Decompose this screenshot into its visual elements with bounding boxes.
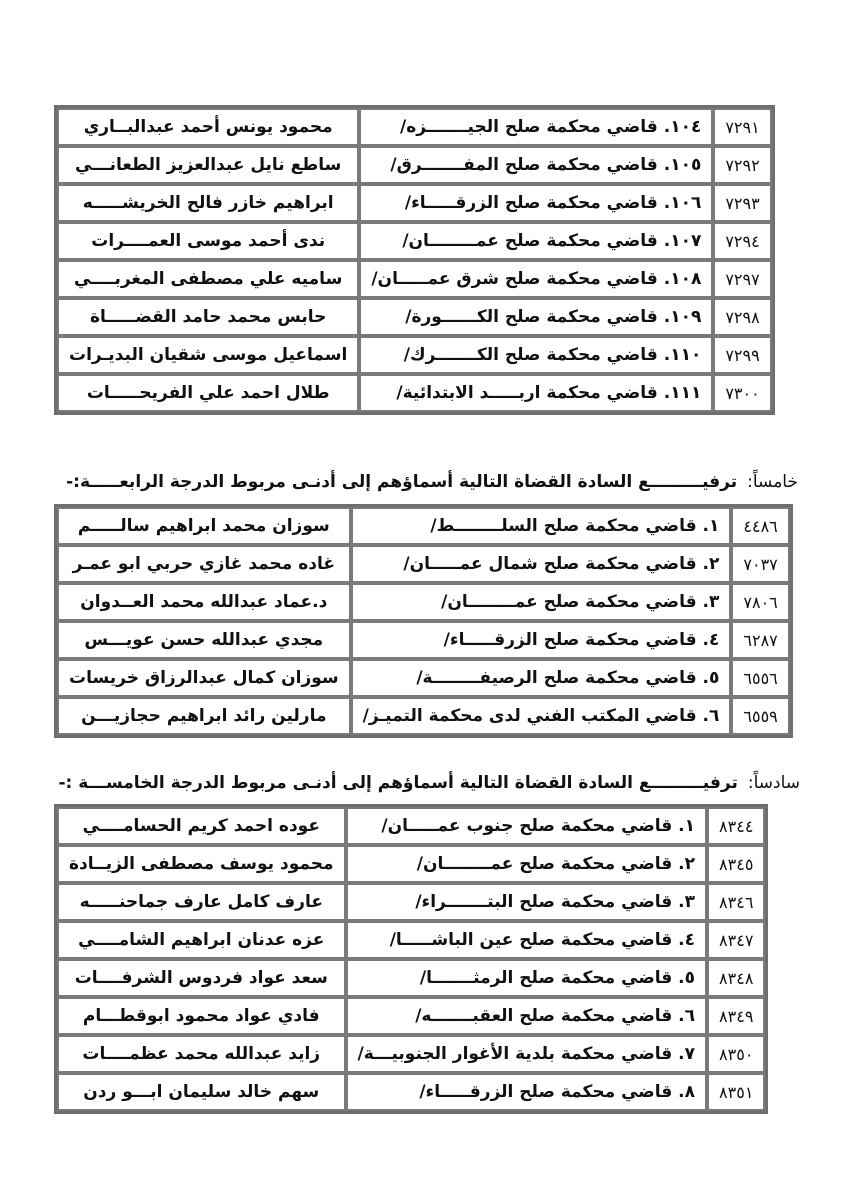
- judge-name: فادي عواد محمود ابوقطـــام: [57, 997, 346, 1035]
- table-row: ٧٢٩٣١٠٦. قاضي محكمة صلح الزرقـــــاء/ابر…: [57, 184, 772, 222]
- court-cell: ٣. قاضي محكمة صلح عمــــــــان/: [351, 583, 732, 621]
- judge-number: ٤٤٨٦: [731, 507, 789, 545]
- judge-number: ٧٣٠٠: [713, 374, 771, 412]
- table-row: ٤٤٨٦١. قاضي محكمة صلح السلــــــــط/سوزا…: [57, 507, 790, 545]
- table-row: ٧٢٩٤١٠٧. قاضي محكمة صلح عمــــــــان/ندى…: [57, 222, 772, 260]
- judge-name: ساميه علي مصطفى المغربــــي: [57, 260, 359, 298]
- judge-number: ٨٣٤٦: [707, 883, 765, 921]
- court-cell: ٢. قاضي محكمة صلح شمال عمـــــان/: [351, 545, 732, 583]
- court-cell: ٣. قاضي محكمة صلح البتـــــــراء/: [346, 883, 708, 921]
- judge-name: سعد عواد فردوس الشرفــــات: [57, 959, 346, 997]
- table-row: ٧٨٠٦٣. قاضي محكمة صلح عمــــــــان/د.عما…: [57, 583, 790, 621]
- court-cell: ٤. قاضي محكمة صلح الزرقـــــاء/: [351, 621, 732, 659]
- section-text: ترفيـــــــــع السادة القضاة التالية أسم…: [58, 773, 737, 793]
- table-row: ٨٣٤٧٤. قاضي محكمة صلح عين الباشـــــا/عز…: [57, 921, 765, 959]
- judge-name: عارف كامل عارف جماحنـــــه: [57, 883, 346, 921]
- section-text: ترفيـــــــــع السادة القضاة التالية أسم…: [66, 472, 737, 492]
- table-row: ٨٣٥١٨. قاضي محكمة صلح الزرقـــــاء/سهم خ…: [57, 1073, 765, 1111]
- judge-name: ندى أحمد موسى العمــــرات: [57, 222, 359, 260]
- judge-number: ٧٢٩١: [713, 108, 771, 146]
- table-row: ٧٢٩٧١٠٨. قاضي محكمة صلح شرق عمـــــان/سا…: [57, 260, 772, 298]
- table-row: ٧٣٠٠١١١. قاضي محكمة اربـــــد الابتدائية…: [57, 374, 772, 412]
- judge-number: ٧٠٣٧: [731, 545, 789, 583]
- judge-number: ٨٣٥٠: [707, 1035, 765, 1073]
- table-row: ٨٣٤٩٦. قاضي محكمة صلح العقبـــــــه/فادي…: [57, 997, 765, 1035]
- judge-name: عوده احمد كريم الحسامــــي: [57, 807, 346, 845]
- judge-number: ٦٥٥٩: [731, 697, 789, 735]
- court-cell: ١٠٤. قاضي محكمة صلح الجيـــــــزه/: [359, 108, 713, 146]
- court-cell: ٦. قاضي المكتب الفني لدى محكمة التميـز/: [351, 697, 732, 735]
- judge-number: ٨٣٤٩: [707, 997, 765, 1035]
- judge-name: غاده محمد غازي حربي ابو عمـر: [57, 545, 351, 583]
- table-row: ٦٢٨٧٤. قاضي محكمة صلح الزرقـــــاء/مجدي …: [57, 621, 790, 659]
- table-row: ٧٢٩٩١١٠. قاضي محكمة صلح الكـــــــرك/اسم…: [57, 336, 772, 374]
- judge-name: مجدي عبدالله حسن عويـــس: [57, 621, 351, 659]
- judge-number: ٧٢٩٧: [713, 260, 771, 298]
- court-cell: ٥. قاضي محكمة صلح الرصيفــــــــة/: [351, 659, 732, 697]
- judge-name: سهم خالد سليمان ابـــو ردن: [57, 1073, 346, 1111]
- judge-name: مارلين رائد ابراهيم حجازيـــن: [57, 697, 351, 735]
- judge-name: اسماعيل موسى شقيان البديـرات: [57, 336, 359, 374]
- court-cell: ١. قاضي محكمة صلح جنوب عمـــــان/: [346, 807, 708, 845]
- court-cell: ١٠٨. قاضي محكمة صلح شرق عمـــــان/: [359, 260, 713, 298]
- table-row: ٦٥٥٦٥. قاضي محكمة صلح الرصيفــــــــة/سو…: [57, 659, 790, 697]
- table-row: ٨٣٥٠٧. قاضي محكمة بلدية الأغوار الجنوبيـ…: [57, 1035, 765, 1073]
- section-heading-fifth: خامساً:ترفيـــــــــع السادة القضاة التا…: [66, 472, 798, 492]
- judge-name: محمود يوسف مصطفى الزيــادة: [57, 845, 346, 883]
- table-row: ٧٢٩٢١٠٥. قاضي محكمة صلح المفـــــــرق/سا…: [57, 146, 772, 184]
- table-row: ٧٢٩٨١٠٩. قاضي محكمة صلح الكــــــورة/حاب…: [57, 298, 772, 336]
- judge-name: ساطع نايل عبدالعزيز الطعانـــي: [57, 146, 359, 184]
- judge-name: سوزان كمال عبدالرزاق خريسات: [57, 659, 351, 697]
- table-row: ٧٢٩١١٠٤. قاضي محكمة صلح الجيـــــــزه/مح…: [57, 108, 772, 146]
- court-cell: ١٠٩. قاضي محكمة صلح الكــــــورة/: [359, 298, 713, 336]
- court-cell: ٦. قاضي محكمة صلح العقبـــــــه/: [346, 997, 708, 1035]
- section-heading-sixth: سادساً:ترفيـــــــــع السادة القضاة التا…: [58, 773, 800, 793]
- judge-number: ٧٢٩٤: [713, 222, 771, 260]
- court-cell: ٤. قاضي محكمة صلح عين الباشـــــا/: [346, 921, 708, 959]
- section-label: سادساً:: [748, 773, 800, 793]
- judges-table-2: ٤٤٨٦١. قاضي محكمة صلح السلــــــــط/سوزا…: [54, 504, 793, 738]
- judge-number: ٨٣٤٤: [707, 807, 765, 845]
- judge-number: ٧٢٩٨: [713, 298, 771, 336]
- judges-table-1: ٧٢٩١١٠٤. قاضي محكمة صلح الجيـــــــزه/مح…: [54, 105, 775, 415]
- judge-name: د.عماد عبدالله محمد العــدوان: [57, 583, 351, 621]
- judge-number: ٨٣٥١: [707, 1073, 765, 1111]
- court-cell: ١١١. قاضي محكمة اربـــــد الابتدائية/: [359, 374, 713, 412]
- court-cell: ١٠٧. قاضي محكمة صلح عمــــــــان/: [359, 222, 713, 260]
- judge-number: ٧٢٩٢: [713, 146, 771, 184]
- table-row: ٨٣٤٦٣. قاضي محكمة صلح البتـــــــراء/عار…: [57, 883, 765, 921]
- table-row: ٨٣٤٤١. قاضي محكمة صلح جنوب عمـــــان/عود…: [57, 807, 765, 845]
- judge-number: ٧٨٠٦: [731, 583, 789, 621]
- court-cell: ٢. قاضي محكمة صلح عمــــــــان/: [346, 845, 708, 883]
- judge-number: ٧٢٩٩: [713, 336, 771, 374]
- court-cell: ٨. قاضي محكمة صلح الزرقـــــاء/: [346, 1073, 708, 1111]
- table-row: ٦٥٥٩٦. قاضي المكتب الفني لدى محكمة التمي…: [57, 697, 790, 735]
- court-cell: ١١٠. قاضي محكمة صلح الكـــــــرك/: [359, 336, 713, 374]
- court-cell: ٥. قاضي محكمة صلح الرمثـــــــا/: [346, 959, 708, 997]
- judge-name: عزه عدنان ابراهيم الشامــــي: [57, 921, 346, 959]
- table-row: ٧٠٣٧٢. قاضي محكمة صلح شمال عمـــــان/غاد…: [57, 545, 790, 583]
- judge-name: حابس محمد حامد القضـــــاة: [57, 298, 359, 336]
- judge-name: سوزان محمد ابراهيم سالـــــم: [57, 507, 351, 545]
- judge-name: محمود يونس أحمد عبدالبــاري: [57, 108, 359, 146]
- judge-number: ٦٢٨٧: [731, 621, 789, 659]
- judges-table-3: ٨٣٤٤١. قاضي محكمة صلح جنوب عمـــــان/عود…: [54, 804, 768, 1114]
- judge-name: طلال احمد علي الفريحـــــات: [57, 374, 359, 412]
- court-cell: ١٠٥. قاضي محكمة صلح المفـــــــرق/: [359, 146, 713, 184]
- judge-number: ٨٣٤٨: [707, 959, 765, 997]
- judge-number: ٨٣٤٥: [707, 845, 765, 883]
- table-row: ٨٣٤٥٢. قاضي محكمة صلح عمــــــــان/محمود…: [57, 845, 765, 883]
- section-label: خامساً:: [747, 472, 798, 492]
- court-cell: ١٠٦. قاضي محكمة صلح الزرقـــــاء/: [359, 184, 713, 222]
- court-cell: ١. قاضي محكمة صلح السلــــــــط/: [351, 507, 732, 545]
- judge-number: ٦٥٥٦: [731, 659, 789, 697]
- court-cell: ٧. قاضي محكمة بلدية الأغوار الجنوبيـــة/: [346, 1035, 708, 1073]
- judge-number: ٨٣٤٧: [707, 921, 765, 959]
- judge-number: ٧٢٩٣: [713, 184, 771, 222]
- table-row: ٨٣٤٨٥. قاضي محكمة صلح الرمثـــــــا/سعد …: [57, 959, 765, 997]
- judge-name: زايد عبدالله محمد عظمــــات: [57, 1035, 346, 1073]
- judge-name: ابراهيم خازر فالح الخريشـــــه: [57, 184, 359, 222]
